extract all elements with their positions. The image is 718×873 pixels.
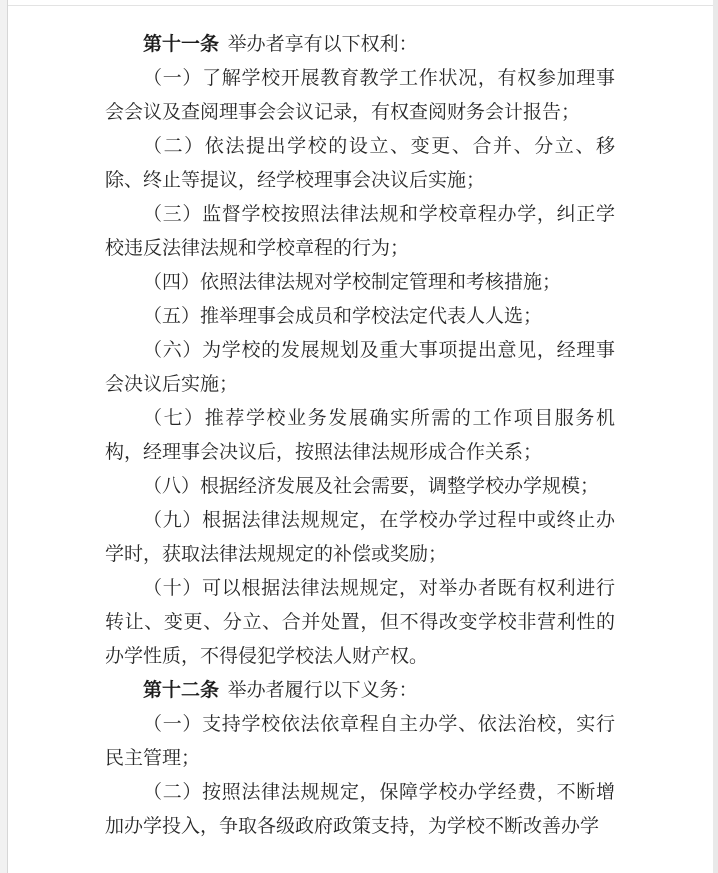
- paragraph-text: （五）推举理事会成员和学校法定代表人人选；: [143, 306, 542, 327]
- article-number: 第十一条: [143, 34, 219, 55]
- paragraph: （九）根据法律法规规定，在学校办学过程中或终止办学时，获取法律法规规定的补偿或奖…: [105, 504, 615, 572]
- paragraph: （五）推举理事会成员和学校法定代表人人选；: [105, 300, 615, 334]
- paragraph-text: （十）可以根据法律法规规定，对举办者既有权利进行转让、变更、分立、合并处置，但不…: [105, 578, 615, 667]
- paragraph: （二）按照法律法规规定，保障学校办学经费，不断增加办学投入，争取各级政府政策支持…: [105, 776, 615, 844]
- article-heading: 第十一条举办者享有以下权利：: [105, 28, 615, 62]
- paragraph: （一）了解学校开展教育教学工作状况，有权参加理事会会议及查阅理事会会议记录，有权…: [105, 62, 615, 130]
- paragraph: （四）依照法律法规对学校制定管理和考核措施；: [105, 266, 615, 300]
- article-number: 第十二条: [143, 680, 219, 701]
- paragraph: （八）根据经济发展及社会需要，调整学校办学规模；: [105, 470, 615, 504]
- paragraph: （七）推荐学校业务发展确实所需的工作项目服务机构，经理事会决议后，按照法律法规形…: [105, 402, 615, 470]
- paragraph-text: （八）根据经济发展及社会需要，调整学校办学规模；: [143, 476, 599, 497]
- paragraph: （二）依法提出学校的设立、变更、合并、分立、移除、终止等提议，经学校理事会决议后…: [105, 130, 615, 198]
- paragraph: （一）支持学校依法依章程自主办学、依法治校，实行民主管理；: [105, 708, 615, 776]
- page-edge-right: [713, 0, 718, 873]
- page-edge-left: [0, 0, 8, 873]
- paragraph-text: （二）依法提出学校的设立、变更、合并、分立、移除、终止等提议，经学校理事会决议后…: [105, 136, 615, 191]
- paragraph-text: （一）支持学校依法依章程自主办学、依法治校，实行民主管理；: [105, 714, 615, 769]
- paragraph-text: （四）依照法律法规对学校制定管理和考核措施；: [143, 272, 561, 293]
- paragraph-text: （三）监督学校按照法律法规和学校章程办学，纠正学校违反法律法规和学校章程的行为；: [105, 204, 615, 259]
- paragraph-text: （二）按照法律法规规定，保障学校办学经费，不断增加办学投入，争取各级政府政策支持…: [105, 782, 615, 837]
- paragraph: （三）监督学校按照法律法规和学校章程办学，纠正学校违反法律法规和学校章程的行为；: [105, 198, 615, 266]
- paragraph: （六）为学校的发展规划及重大事项提出意见，经理事会决议后实施；: [105, 334, 615, 402]
- document-page: 第十一条举办者享有以下权利： （一）了解学校开展教育教学工作状况，有权参加理事会…: [9, 6, 713, 873]
- paragraph-text: （一）了解学校开展教育教学工作状况，有权参加理事会会议及查阅理事会会议记录，有权…: [105, 68, 615, 123]
- article-text: 举办者履行以下义务：: [228, 680, 418, 701]
- document-body: 第十一条举办者享有以下权利： （一）了解学校开展教育教学工作状况，有权参加理事会…: [105, 6, 615, 844]
- paragraph-text: （六）为学校的发展规划及重大事项提出意见，经理事会决议后实施；: [105, 340, 615, 395]
- paragraph: （十）可以根据法律法规规定，对举办者既有权利进行转让、变更、分立、合并处置，但不…: [105, 572, 615, 674]
- paragraph-text: （九）根据法律法规规定，在学校办学过程中或终止办学时，获取法律法规规定的补偿或奖…: [105, 510, 615, 565]
- paragraph-text: （七）推荐学校业务发展确实所需的工作项目服务机构，经理事会决议后，按照法律法规形…: [105, 408, 615, 463]
- article-text: 举办者享有以下权利：: [228, 34, 418, 55]
- article-heading: 第十二条举办者履行以下义务：: [105, 674, 615, 708]
